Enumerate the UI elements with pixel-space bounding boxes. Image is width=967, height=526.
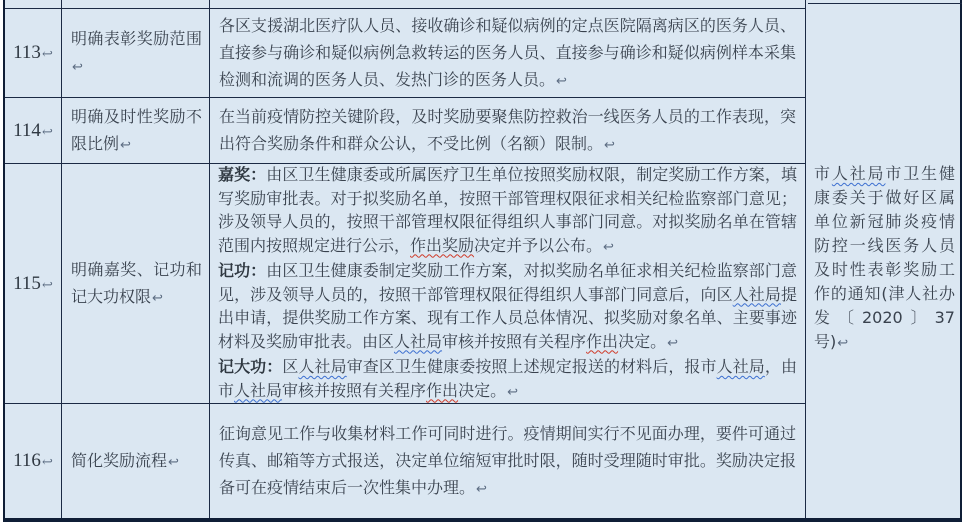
end-of-cell-mark: ↩ xyxy=(666,336,678,351)
end-of-cell-mark: ↩ xyxy=(603,138,615,153)
cell-text: 审核并按照有关程序 xyxy=(282,381,426,400)
cell-text: 记功： xyxy=(218,261,266,280)
cell-text: 记大功： xyxy=(218,357,282,376)
row-116-title: 简化奖励流程↩ xyxy=(62,404,210,518)
row-title: 明确及时性奖励不限比例 xyxy=(71,107,202,153)
spellcheck-flagged-text: 人社局 xyxy=(832,164,886,183)
end-of-cell-mark: ↩ xyxy=(151,291,163,306)
spellcheck-flagged-text: 人社局 xyxy=(394,332,442,351)
row-114-number: 114↩ xyxy=(5,98,62,164)
end-of-cell-mark: ↩ xyxy=(71,60,83,75)
cell-text: 审核并按照有关程序 xyxy=(442,332,586,351)
row-number: 114 xyxy=(13,120,41,141)
source-column-top-border xyxy=(808,3,962,4)
document-page: 市人社局市卫生健康委关于做好区属单位新冠肺炎疫情防控一线医务人员及时性表彰奖励工… xyxy=(0,0,967,526)
row-title: 简化奖励流程 xyxy=(71,451,167,470)
cell-text: 决定并予以公布。 xyxy=(474,236,602,255)
cell-text: 市 xyxy=(814,164,832,183)
row-114-title: 明确及时性奖励不限比例↩ xyxy=(62,98,210,164)
spellcheck-flagged-text: 人社局 xyxy=(733,285,781,304)
cutoff-row-number-cell xyxy=(5,0,62,9)
source-document-cell: 市人社局市卫生健康委关于做好区属单位新冠肺炎疫情防控一线医务人员及时性表彰奖励工… xyxy=(806,0,960,518)
spellcheck-flagged-text: 作出奖励 xyxy=(410,236,474,255)
reward-measures-table: 市人社局市卫生健康委关于做好区属单位新冠肺炎疫情防控一线医务人员及时性表彰奖励工… xyxy=(3,0,962,522)
end-of-cell-mark: ↩ xyxy=(41,46,53,61)
end-of-cell-mark: ↩ xyxy=(836,336,848,351)
row-115-number: 115↩ xyxy=(5,164,62,404)
cell-text: 在当前疫情防控关键阶段，及时奖励要聚焦防控救治一线医务人员的工作表现，突出符合奖… xyxy=(219,107,796,153)
end-of-cell-mark: ↩ xyxy=(41,277,53,292)
row-number: 115 xyxy=(13,273,41,294)
spellcheck-flagged-text: 人社局 xyxy=(298,357,346,376)
end-of-cell-mark: ↩ xyxy=(506,385,518,400)
end-of-cell-mark: ↩ xyxy=(475,482,487,497)
row-number: 116 xyxy=(13,450,41,471)
row-title: 明确表彰奖励范围 xyxy=(71,29,202,48)
cell-text: 市卫生健康委关于做好区属单位新冠肺炎疫情防控一线医务人员及时性表彰奖励工作的通知… xyxy=(814,164,955,351)
cell-text: 决定。 xyxy=(458,381,506,400)
row-116-number: 116↩ xyxy=(5,404,62,518)
end-of-cell-mark: ↩ xyxy=(602,240,614,255)
spellcheck-flagged-text: 作出 xyxy=(426,381,458,400)
row-114-content: 在当前疫情防控关键阶段，及时奖励要聚焦防控救治一线医务人员的工作表现，突出符合奖… xyxy=(210,98,806,164)
spellcheck-flagged-text: 作出 xyxy=(586,332,618,351)
cell-text: 嘉奖： xyxy=(218,165,266,184)
cell-text: 审查区卫生健康委按照上述规定报送的材料后，报市 xyxy=(347,357,717,376)
row-113-number: 113↩ xyxy=(5,9,62,98)
cutoff-row-title-cell xyxy=(62,0,210,9)
row-title: 明确嘉奖、记功和记大功权限 xyxy=(71,260,202,306)
end-of-cell-mark: ↩ xyxy=(41,124,53,139)
spellcheck-flagged-text: 人社局 xyxy=(234,381,282,400)
cell-text: 由区卫生健康委制定奖励工作方案，对拟奖励名单征求相关纪检监察部门意见，涉及领导人… xyxy=(218,261,797,304)
cell-text: 决定。 xyxy=(618,332,666,351)
row-113-title: 明确表彰奖励范围↩ xyxy=(62,9,210,98)
row-116-content: 征询意见工作与收集材料工作可同时进行。疫情期间实行不见面办理，要件可通过传真、邮… xyxy=(210,404,806,518)
cutoff-row-content-cell xyxy=(210,0,806,9)
end-of-cell-mark: ↩ xyxy=(167,455,179,470)
row-115-content: 嘉奖：由区卫生健康委或所属医疗卫生单位按照奖励权限，制定奖励工作方案，填写奖励审… xyxy=(210,164,806,404)
row-115-title: 明确嘉奖、记功和记大功权限↩ xyxy=(62,164,210,404)
end-of-cell-mark: ↩ xyxy=(119,138,131,153)
end-of-cell-mark: ↩ xyxy=(41,454,53,469)
end-of-cell-mark: ↩ xyxy=(555,74,567,89)
row-number: 113 xyxy=(13,42,41,63)
row-113-content: 各区支援湖北医疗队人员、接收确诊和疑似病例的定点医院隔离病区的医务人员、直接参与… xyxy=(210,9,806,98)
cell-text: 区 xyxy=(282,357,298,376)
cell-text: 征询意见工作与收集材料工作可同时进行。疫情期间实行不见面办理，要件可通过传真、邮… xyxy=(219,424,796,497)
cell-text: 各区支援湖北医疗队人员、接收确诊和疑似病例的定点医院隔离病区的医务人员、直接参与… xyxy=(219,16,796,89)
spellcheck-flagged-text: 人社局 xyxy=(717,357,765,376)
